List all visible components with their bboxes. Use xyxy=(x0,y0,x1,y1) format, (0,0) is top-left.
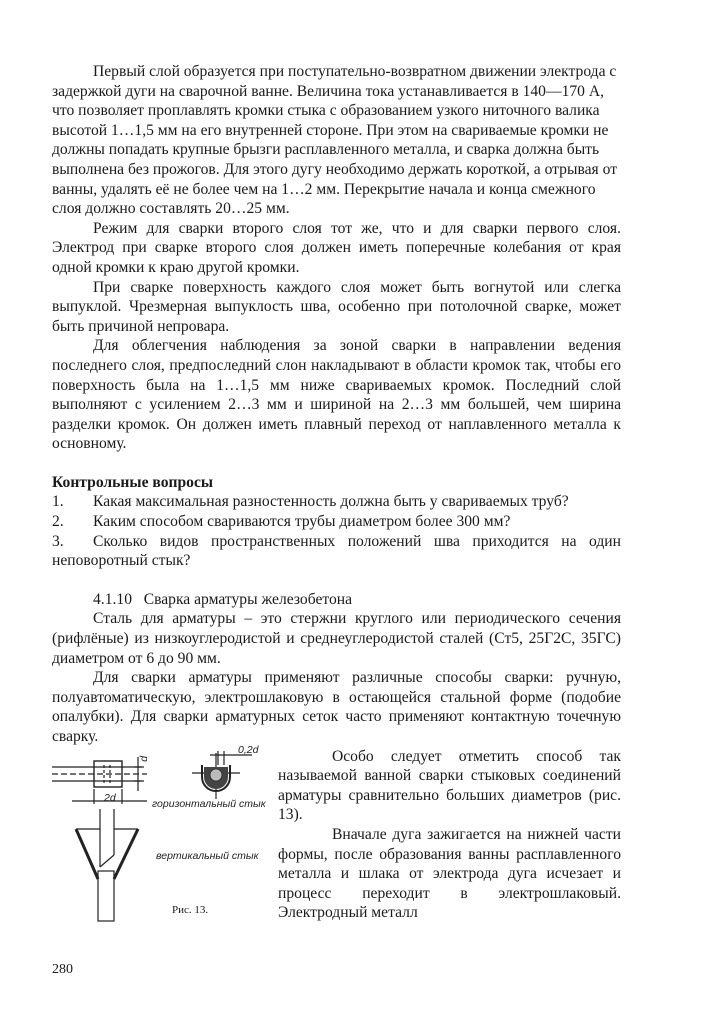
question-number: 1. xyxy=(52,492,93,512)
vertical-joint-label: вертикальный стык xyxy=(156,847,259,867)
question-text: Каким способом свариваются трубы диаметр… xyxy=(93,512,510,532)
paragraph-observation: Для облегчения наблюдения за зоной сварк… xyxy=(52,336,621,454)
dimension-d-label: d xyxy=(135,755,155,761)
dimension-2d-label: 2d xyxy=(104,789,116,809)
bath-welding-diagram xyxy=(52,747,274,929)
paragraph-rebar-methods: Для сварки арматуры применяют различные … xyxy=(52,668,621,746)
paragraph-rebar-steel: Сталь для арматуры – это стержни круглог… xyxy=(52,609,621,668)
question-text: Сколько видов пространственных положений… xyxy=(52,533,621,570)
paragraph-surface: При сварке поверхность каждого слоя може… xyxy=(52,278,621,337)
section-title: Сварка арматуры железобетона xyxy=(144,591,352,608)
paragraph-first-layer: Первый слой образуется при поступательно… xyxy=(52,62,621,219)
page-number: 280 xyxy=(52,962,73,978)
question-item: 2. Каким способом свариваются трубы диам… xyxy=(52,512,621,532)
question-number: 2. xyxy=(52,512,93,532)
horizontal-joint-label: горизонтальный стык xyxy=(152,795,266,815)
paragraph-second-layer: Режим для сварки второго слоя тот же, чт… xyxy=(52,219,621,278)
question-item: 1. Какая максимальная разностенность дол… xyxy=(52,492,621,512)
figure-caption: Рис. 13. xyxy=(172,901,208,921)
document-page: Первый слой образуется при поступательно… xyxy=(52,62,621,929)
question-text: Какая максимальная разностенность должна… xyxy=(93,492,569,512)
question-number: 3. xyxy=(52,532,93,552)
control-questions-heading: Контрольные вопросы xyxy=(52,473,621,493)
section-number: 4.1.10 xyxy=(93,591,132,608)
figure-13: 2d d 0,2d горизонтальный стык вертикальн… xyxy=(52,747,274,929)
section-heading: 4.1.10 Сварка арматуры железобетона xyxy=(52,590,621,610)
question-item: 3.Сколько видов пространственных положен… xyxy=(52,532,621,571)
dimension-02d-label: 0,2d xyxy=(238,741,258,761)
